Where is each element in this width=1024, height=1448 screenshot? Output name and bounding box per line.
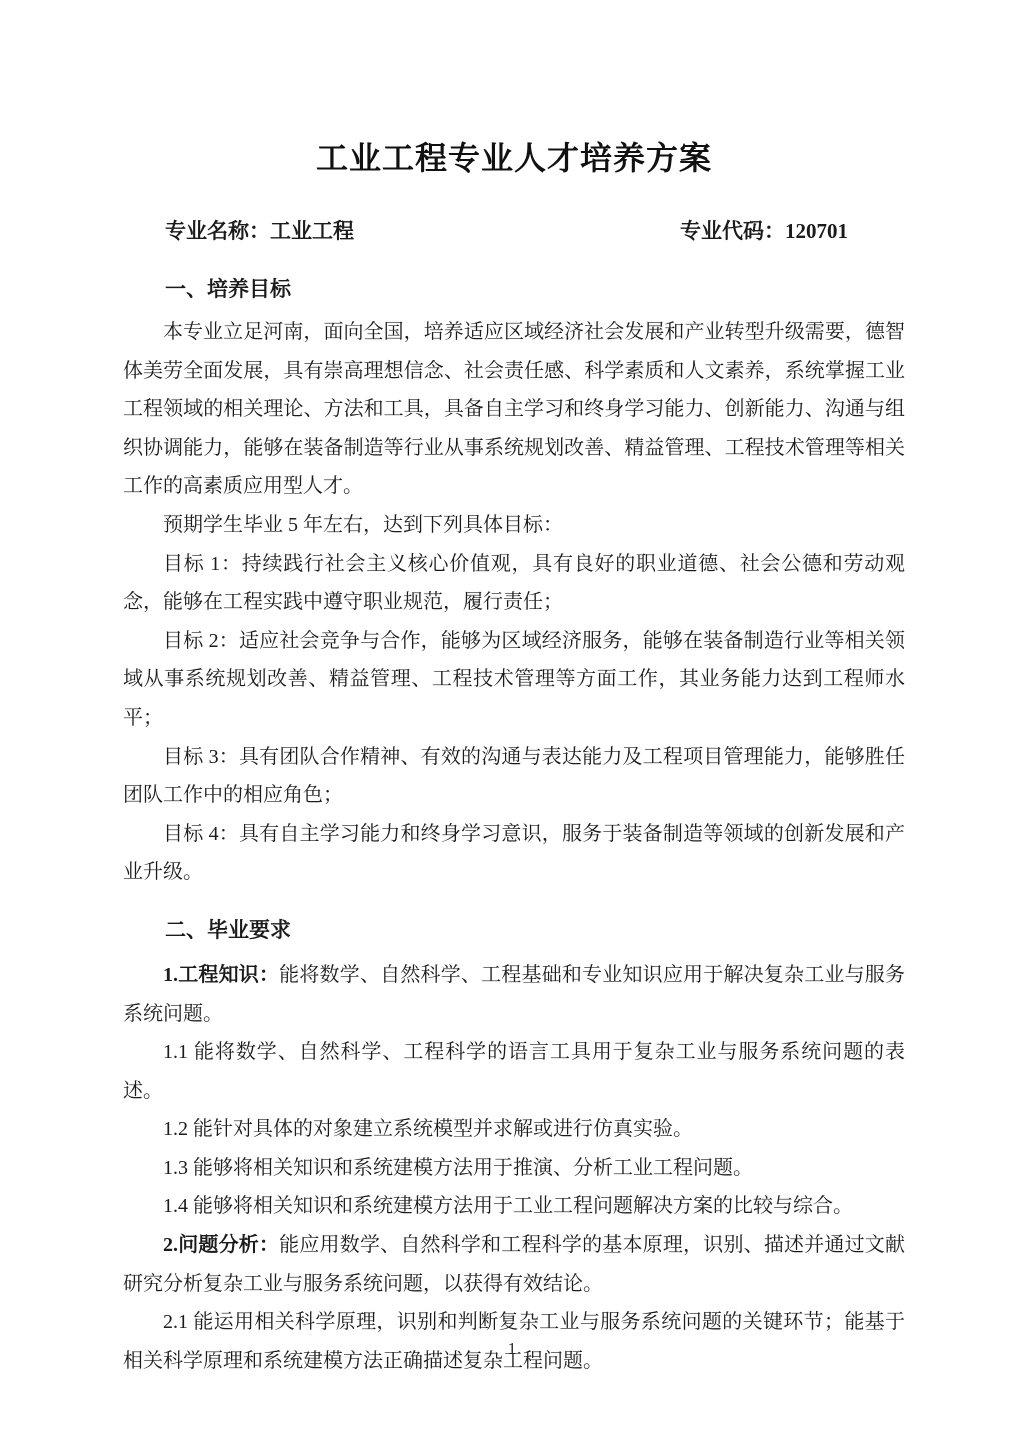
objective-goal-1: 目标 1：持续践行社会主义核心价值观，具有良好的职业道德、社会公德和劳动观念，能… — [123, 545, 905, 622]
requirement-1-item-3: 1.3 能够将相关知识和系统建模方法用于推演、分析工业工程问题。 — [123, 1149, 905, 1188]
document-page: 工业工程专业人才培养方案 专业名称：工业工程 专业代码：120701 一、培养目… — [0, 0, 1024, 1448]
requirement-2-lead: 2.问题分析： — [163, 1234, 279, 1256]
requirements-body: 1.工程知识：能将数学、自然科学、工程基础和专业知识应用于解决复杂工业与服务系统… — [123, 956, 905, 1381]
requirement-1-item-4: 1.4 能够将相关知识和系统建模方法用于工业工程问题解决方案的比较与综合。 — [123, 1187, 905, 1226]
document-title: 工业工程专业人才培养方案 — [123, 140, 905, 177]
section-objectives: 一、培养目标 本专业立足河南，面向全国，培养适应区域经济社会发展和产业转型升级需… — [123, 275, 905, 892]
requirement-1-item-2: 1.2 能针对具体的对象建立系统模型并求解或进行仿真实验。 — [123, 1110, 905, 1149]
page-number: 1 — [0, 1338, 1024, 1360]
objective-goal-4: 目标 4：具有自主学习能力和终身学习意识，服务于装备制造等领域的创新发展和产业升… — [123, 815, 905, 892]
objective-goal-2: 目标 2：适应社会竞争与合作，能够为区域经济服务，能够在装备制造行业等相关领域从… — [123, 622, 905, 738]
requirement-1-item-1: 1.1 能将数学、自然科学、工程科学的语言工具用于复杂工业与服务系统问题的表述。 — [123, 1033, 905, 1110]
requirement-1-lead: 1.工程知识： — [163, 964, 279, 986]
major-name-field: 专业名称：工业工程 — [165, 217, 354, 245]
document-meta: 专业名称：工业工程 专业代码：120701 — [123, 217, 905, 245]
objective-goal-3: 目标 3：具有团队合作精神、有效的沟通与表达能力及工程项目管理能力，能够胜任团队… — [123, 738, 905, 815]
section-requirements: 二、毕业要求 1.工程知识：能将数学、自然科学、工程基础和专业知识应用于解决复杂… — [123, 916, 905, 1381]
major-code-field: 专业代码：120701 — [680, 217, 848, 245]
objectives-heading: 一、培养目标 — [165, 275, 905, 303]
requirement-1-paragraph: 1.工程知识：能将数学、自然科学、工程基础和专业知识应用于解决复杂工业与服务系统… — [123, 956, 905, 1033]
objectives-intro-paragraph: 本专业立足河南，面向全国，培养适应区域经济社会发展和产业转型升级需要，德智体美劳… — [123, 313, 905, 506]
requirement-2-paragraph: 2.问题分析：能应用数学、自然科学和工程科学的基本原理，识别、描述并通过文献研究… — [123, 1226, 905, 1303]
requirements-heading: 二、毕业要求 — [165, 916, 905, 944]
objectives-expectation-paragraph: 预期学生毕业 5 年左右，达到下列具体目标： — [123, 506, 905, 545]
objectives-body: 本专业立足河南，面向全国，培养适应区域经济社会发展和产业转型升级需要，德智体美劳… — [123, 313, 905, 892]
